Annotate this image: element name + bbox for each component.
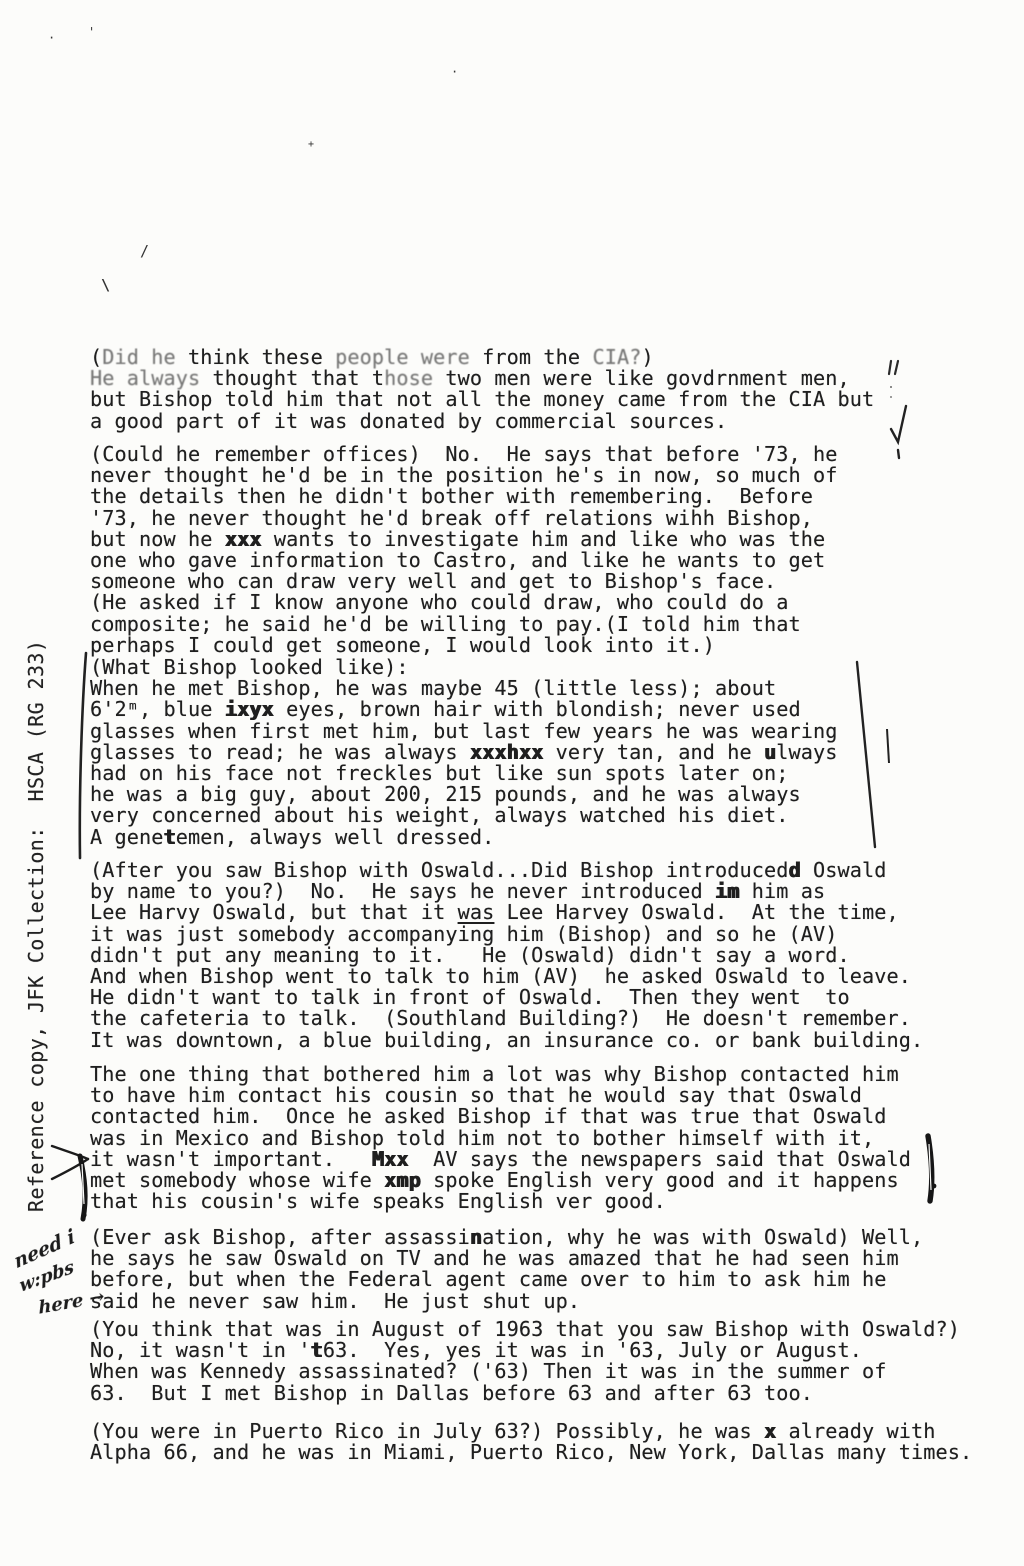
typed-paragraph-remember-offices: (Could he remember offices) No. He says … [90, 444, 838, 656]
right-pen-stroke [928, 1136, 936, 1201]
scan-speck: / [140, 244, 149, 259]
scan-speck: + [308, 140, 314, 150]
document-scan-page: Reference copy, JFK Collection: HSCA (RG… [0, 0, 1024, 1566]
typed-paragraph-cia-question: (Did he think these people were from the… [90, 347, 874, 432]
typed-paragraph-bishop-description: (What Bishop looked like):When he met Bi… [90, 657, 838, 848]
margin-arrow [52, 1146, 88, 1179]
scan-speck: · [451, 66, 458, 78]
scan-speck: \ [101, 278, 110, 293]
left-emphasis-bar [80, 653, 86, 858]
margin-quote-mark [889, 361, 898, 398]
typed-paragraph-puerto-rico: (You were in Puerto Rico in July 63?) Po… [90, 1421, 972, 1463]
typed-paragraph-cousin-contact: The one thing that bothered him a lot wa… [90, 1064, 911, 1212]
scan-speck: · [48, 32, 55, 44]
typed-paragraph-ever-ask-bishop: (Ever ask Bishop, after assassination, w… [90, 1227, 923, 1312]
right-emphasis-tick [887, 729, 889, 763]
checkmark-annotation [891, 406, 906, 458]
typed-paragraph-oswald-introduction: (After you saw Bishop with Oswald...Did … [90, 860, 923, 1051]
left-pen-stroke [80, 1156, 87, 1219]
typed-paragraph-august-1963: (You think that was in August of 1963 th… [90, 1319, 960, 1404]
handwritten-note-line3: here → [38, 1286, 105, 1319]
right-emphasis-bar [857, 662, 875, 847]
scan-speck: ' [88, 26, 95, 38]
side-caption-jfk-collection: Reference copy, JFK Collection: HSCA (RG… [24, 640, 48, 1212]
